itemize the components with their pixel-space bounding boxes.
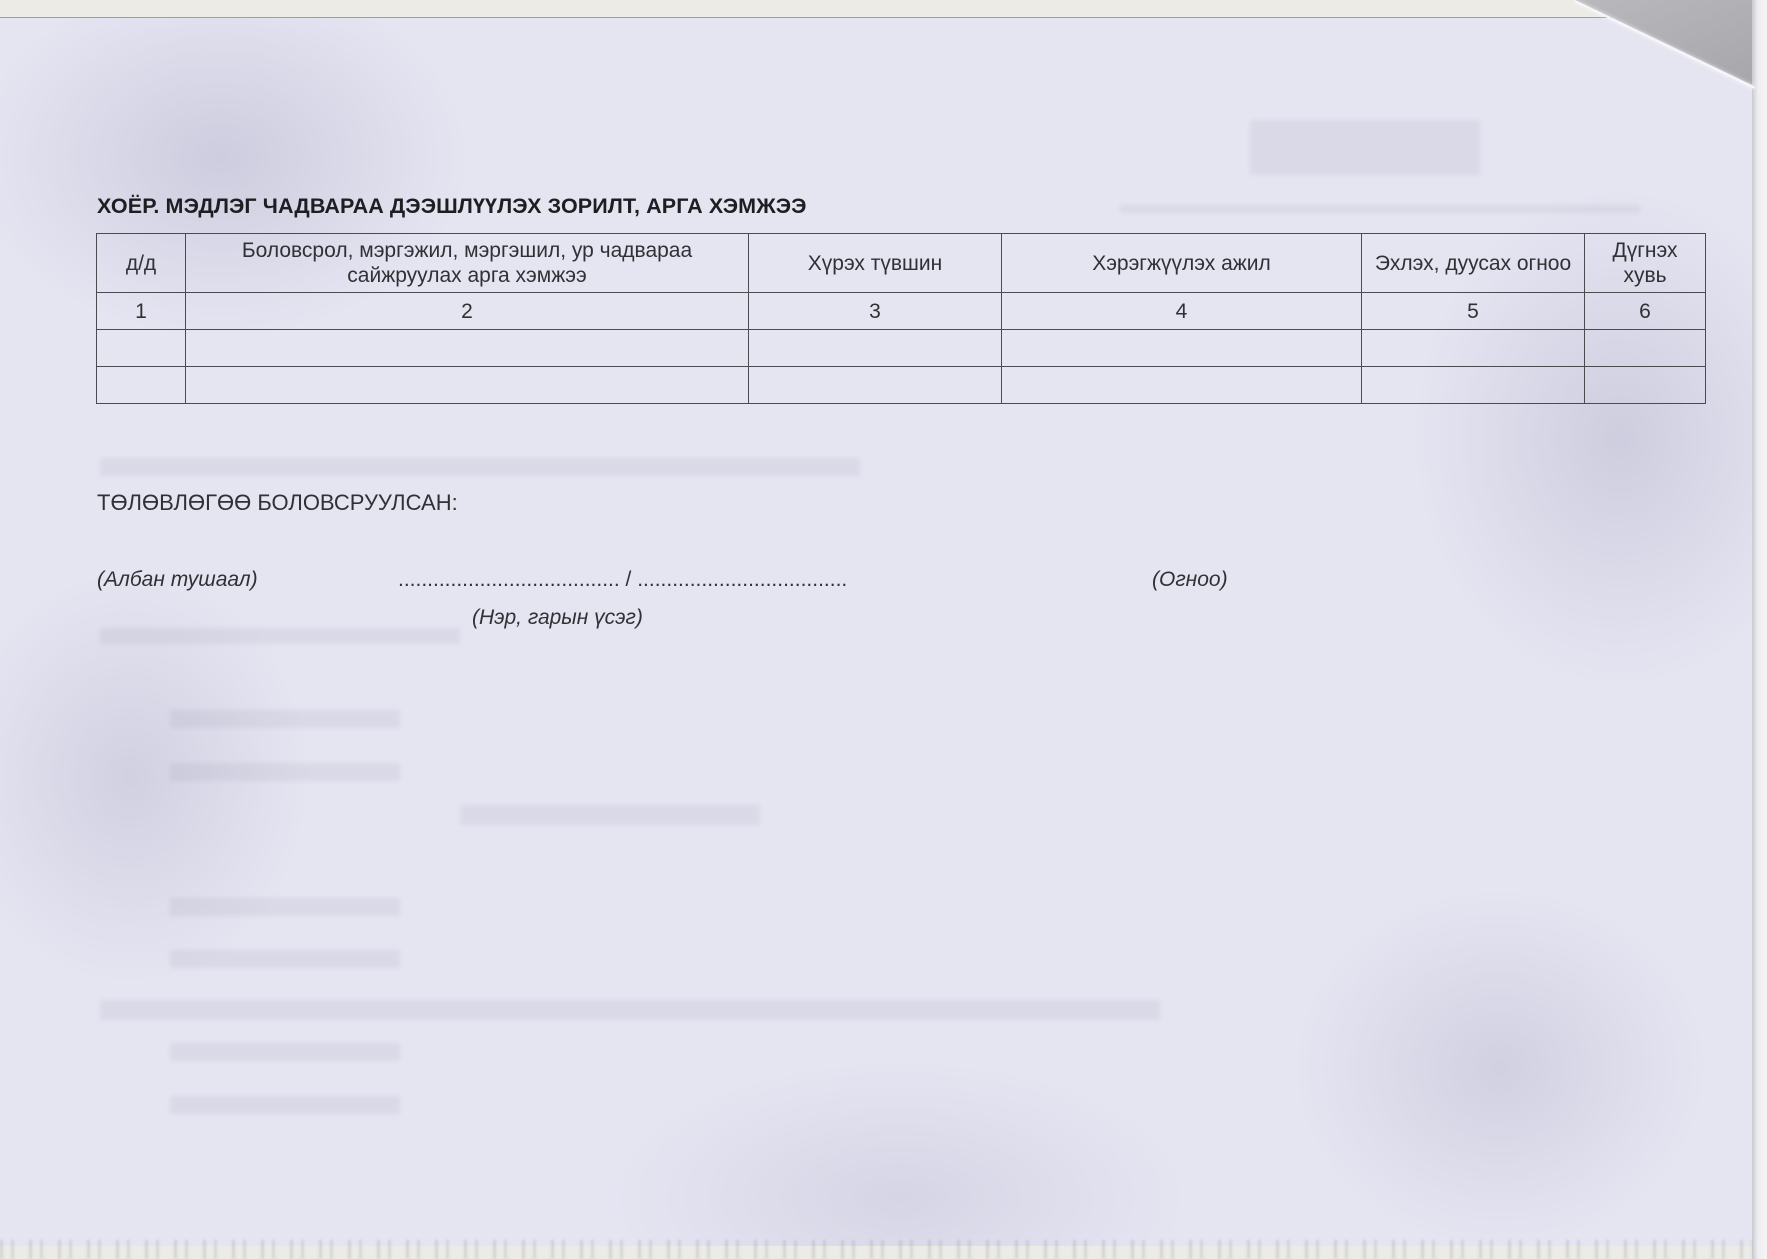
table-cell[interactable] <box>186 367 749 404</box>
column-number: 2 <box>186 293 749 330</box>
bleed-through-mark <box>460 805 760 825</box>
header-evaluation: Дүгнэх хувь <box>1585 234 1706 293</box>
bleed-through-mark <box>170 950 400 968</box>
column-number: 5 <box>1362 293 1585 330</box>
table-cell[interactable] <box>749 330 1002 367</box>
table-cell[interactable] <box>186 330 749 367</box>
header-target-level: Хүрэх түвшин <box>749 234 1002 293</box>
name-signature-label: (Нэр, гарын үсэг) <box>472 606 643 630</box>
signature-line[interactable]: ...................................... /… <box>398 568 847 592</box>
column-number-row: 1 2 3 4 5 6 <box>97 293 1706 330</box>
bleed-through-mark <box>1250 120 1480 175</box>
section-title: ХОЁР. МЭДЛЭГ ЧАДВАРАА ДЭЭШЛҮҮЛЭХ ЗОРИЛТ,… <box>97 194 807 219</box>
scan-bottom-edge <box>0 1240 1752 1259</box>
header-tasks: Хэрэгжүүлэх ажил <box>1002 234 1362 293</box>
table-cell[interactable] <box>1362 367 1585 404</box>
bleed-through-mark <box>170 898 400 916</box>
page-edge <box>1752 0 1767 1259</box>
table-header-row: д/д Боловсрол, мэргэжил, мэргэшил, ур ча… <box>97 234 1706 293</box>
date-label: (Огноо) <box>1152 568 1228 592</box>
column-number: 6 <box>1585 293 1706 330</box>
bleed-through-mark <box>170 1043 400 1061</box>
column-number: 4 <box>1002 293 1362 330</box>
bleed-through-mark <box>170 710 400 728</box>
bleed-through-mark <box>170 1096 400 1114</box>
header-index: д/д <box>97 234 186 293</box>
table-cell[interactable] <box>1585 367 1706 404</box>
table-cell[interactable] <box>97 330 186 367</box>
header-measure: Боловсрол, мэргэжил, мэргэшил, ур чадвар… <box>186 234 749 293</box>
bleed-through-mark <box>100 628 460 644</box>
bleed-through-mark <box>100 458 860 476</box>
table-cell[interactable] <box>1585 330 1706 367</box>
position-label: (Албан тушаал) <box>97 568 258 592</box>
table-row <box>97 330 1706 367</box>
prepared-by-label: ТӨЛӨВЛӨГӨӨ БОЛОВСРУУЛСАН: <box>97 490 458 516</box>
bleed-through-mark <box>100 1000 1160 1020</box>
bleed-through-mark <box>1120 205 1640 213</box>
header-dates: Эхлэх, дуусах огноо <box>1362 234 1585 293</box>
table-cell[interactable] <box>1002 330 1362 367</box>
table-cell[interactable] <box>1362 330 1585 367</box>
table-cell[interactable] <box>749 367 1002 404</box>
table-cell[interactable] <box>1002 367 1362 404</box>
column-number: 1 <box>97 293 186 330</box>
column-number: 3 <box>749 293 1002 330</box>
table-row <box>97 367 1706 404</box>
improvement-plan-table: д/д Боловсрол, мэргэжил, мэргэшил, ур ча… <box>96 233 1706 404</box>
table-cell[interactable] <box>97 367 186 404</box>
bleed-through-mark <box>170 763 400 781</box>
